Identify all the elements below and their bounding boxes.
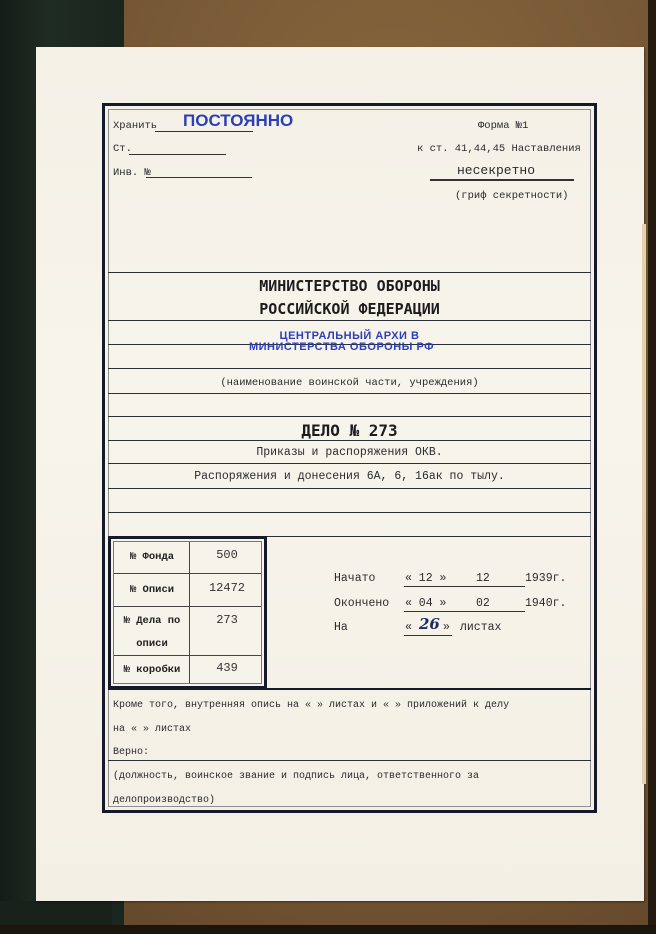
internal-inventory-line-1: Кроме того, внутренняя опись на « » лист… [113,699,509,713]
rule-line [108,488,591,489]
case-description-line-2: Распоряжения и донесения 6А, 6, 16ак по … [108,470,591,483]
verified-label: Верно: [113,746,149,760]
internal-inventory-line-2: на « » листах [113,723,191,737]
form-number: Форма №1 [478,119,528,133]
started-month: 12 [476,572,490,586]
sheets-underline [404,635,452,636]
keep-underline [155,131,253,132]
rule-line [108,463,591,464]
organization-caption: (наименование воинской части, учреждения… [108,377,591,389]
started-underline [404,586,525,587]
secrecy-underline [430,179,574,181]
rule-line [108,393,591,394]
opis-value: 12472 [192,581,262,595]
rule-line [108,320,591,321]
rule-line [108,368,591,369]
delo-label-line-1: № Дела по [116,615,188,627]
fond-value: 500 [192,548,262,562]
delo-label-line-2: описи [116,638,188,650]
archive-table: № Фонда 500 № Описи 12472 № Дела по опис… [108,536,267,689]
fond-label: № Фонда [116,551,188,563]
started-day: « 12 » [405,572,446,586]
opis-label: № Описи [116,584,188,596]
folder-edge-bottom [0,925,656,934]
rule-line [108,272,591,273]
secrecy-value: несекретно [457,164,535,178]
keep-stamp-permanent: ПОСТОЯННО [183,111,293,131]
archive-stamp-line-2: МИНИСТЕРСТВА ОБОРОНЫ РФ [100,341,583,353]
sheets-close-quote: » [443,621,450,635]
articles-reference: к ст. 41,44,45 Наставления [417,142,581,156]
rule-line [108,760,591,761]
case-description-line-1: Приказы и распоряжения ОКВ. [108,446,591,459]
organization-line-1: МИНИСТЕРСТВО ОБОРОНЫ [108,277,591,295]
ended-underline [404,611,525,612]
started-label: Начато [334,572,375,586]
st-underline [129,154,226,155]
rule-line [108,512,591,513]
folder-edge-right [648,0,656,934]
started-year: 1939г. [525,572,566,586]
ended-day: « 04 » [405,597,446,611]
secrecy-caption: (гриф секретности) [455,189,568,203]
case-title: ДЕЛО № 273 [108,421,591,440]
rule-line [108,440,591,441]
inventory-number-underline [146,177,252,178]
rule-line [108,416,591,417]
box-number-label: № коробки [116,664,188,676]
sheets-open-quote: « [405,621,412,635]
signature-caption-line-2: делопроизводство) [113,794,215,808]
sheets-count-handwritten: 26 [419,617,440,631]
ended-label: Окончено [334,597,389,611]
keep-label: Хранить [113,119,157,133]
signature-caption-line-1: (должность, воинское звание и подпись ли… [113,770,479,784]
delo-value: 273 [192,613,262,627]
box-number-value: 439 [192,661,262,675]
rule-line-thick [108,688,591,690]
page-edge-strip [642,224,646,784]
ended-year: 1940г. [525,597,566,611]
sheets-suffix: листах [460,621,501,635]
ended-month: 02 [476,597,490,611]
sheets-label: На [334,621,348,635]
organization-line-2: РОССИЙСКОЙ ФЕДЕРАЦИИ [108,300,591,318]
